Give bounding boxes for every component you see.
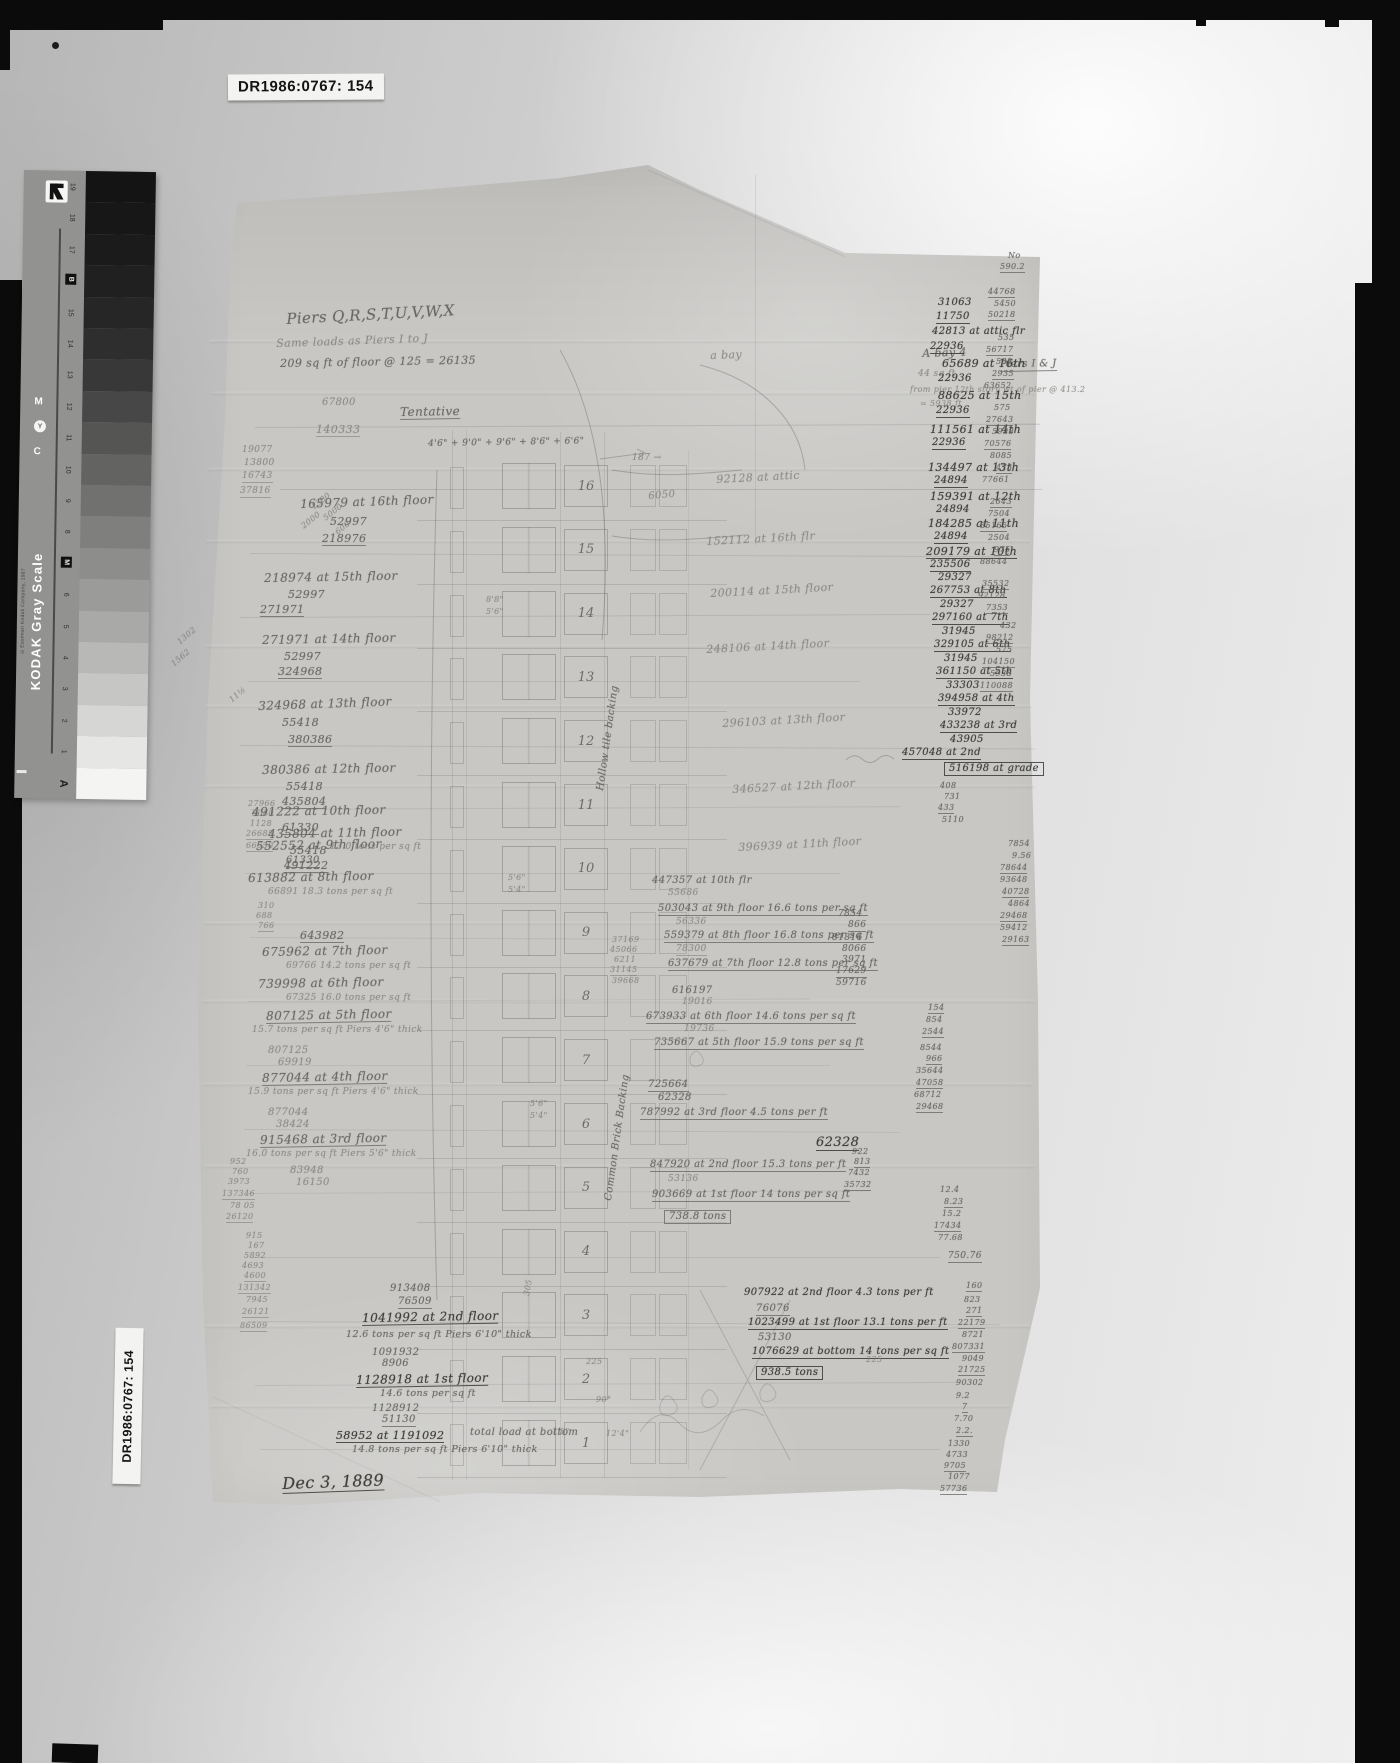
pencil-annotation: 22179 [958,1319,985,1329]
gray-patch [80,516,150,548]
pencil-annotation: 12.6 tons per sq ft Piers 6'10" thick [346,1330,532,1340]
pencil-annotation: 85165 [980,522,1007,532]
pilaster-panel [450,595,464,637]
pencil-annotation: 2544 [922,1028,944,1038]
pencil-annotation: 447357 at 10th flr [652,876,752,886]
pencil-annotation: 1077 [948,1473,970,1481]
gray-patch [77,736,147,768]
pencil-annotation: 43905 [950,735,984,745]
pencil-annotation: 38424 [276,1120,310,1130]
pilaster-panel [450,1105,464,1147]
window-opening [630,529,656,571]
floor-number-cell: 5 [564,1167,608,1209]
window-opening [502,718,556,764]
pencil-annotation: 5938 [990,670,1012,678]
floor-number-cell: 4 [564,1231,608,1273]
pencil-annotation: 13800 [244,459,275,468]
window-opening [659,529,687,571]
pencil-annotation: 807125 at 5th floor [266,1008,392,1024]
floor-number-cell: 15 [564,529,608,571]
pencil-annotation: 575 [996,646,1012,654]
pencil-annotation: 673933 at 6th floor 14.6 tons per sq ft [646,1012,856,1024]
pencil-annotation: 6211 [614,956,636,964]
pencil-annotation: 847920 at 2nd floor 15.3 tons per ft [650,1160,846,1172]
pencil-annotation: 9.2 [956,1392,970,1400]
pencil-annotation: 218974 at 15th floor [264,570,398,584]
pencil-annotation: Dec 3, 1889 [282,1472,384,1494]
pencil-annotation: 65689 at 16th [942,358,1026,369]
frame-bottom-wedge [52,1743,99,1763]
window-opening [502,1165,556,1211]
kodak-logo-icon [45,180,67,202]
pencil-annotation: 1128918 at 1st floor [356,1372,488,1388]
pencil-annotation: 310 [258,902,274,910]
pilaster-panel [450,467,464,509]
pencil-annotation: 1128912 [372,1404,419,1414]
pencil-annotation: 823 [964,1296,980,1304]
gray-scale-tick: 5 [59,615,73,637]
floor-number-cell: 16 [564,465,608,507]
pencil-annotation: 15.9 tons per sq ft Piers 4'6" thick [248,1088,419,1097]
frame-right-band-step [1355,283,1372,1763]
pencil-annotation: 53136 [668,1175,699,1184]
gray-patch [81,454,151,486]
pencil-annotation: 24894 [936,505,970,515]
pencil-annotation: 1023499 at 1st floor 13.1 tons per ft [748,1318,948,1330]
pencil-annotation: 9049 [962,1355,984,1363]
pencil-annotation: 131342 [238,1284,271,1294]
frame-top-tab [1325,18,1339,27]
pencil-annotation: 516198 at grade [944,762,1044,776]
pencil-annotation: 5'6" [486,608,504,616]
pencil-annotation: 56717 [986,346,1013,356]
pencil-annotation: 7.70 [954,1415,973,1423]
pencil-annotation: 187 → [632,454,662,463]
pencil-annotation: 877044 at 4th floor [262,1070,388,1086]
floor-number-cell: 3 [564,1294,608,1336]
pencil-annotation: 975 [994,546,1010,556]
pencil-annotation: 86509 [240,1322,267,1332]
floor-number-cell: 13 [564,656,608,698]
pencil-annotation: 915 [246,1232,262,1240]
pencil-annotation: 787992 at 3rd floor 4.5 tons per ft [640,1108,828,1120]
gray-patch [83,328,153,360]
pencil-annotation: 57736 [940,1485,967,1495]
window-opening [502,1229,556,1275]
pencil-annotation: 9.56 [1012,852,1031,860]
accession-label-top: DR1986:0767: 154 [228,73,384,100]
window-opening [630,720,656,762]
floor-number-cell: 9 [564,912,608,954]
pencil-annotation: 98212 [986,634,1013,644]
pencil-annotation: 613882 at 8th floor [248,870,374,884]
floor-number-cell: 14 [564,593,608,635]
pencil-annotation: 167 [248,1242,264,1250]
pencil-annotation: 55418 [282,717,319,728]
pilaster-panel [450,786,464,828]
pencil-annotation: 14.8 tons per sq ft Piers 6'10" thick [352,1445,538,1455]
pilaster-panel [450,1169,464,1211]
pilaster-panel [450,1233,464,1275]
pencil-annotation: 7854 [838,910,863,919]
window-opening [502,1037,556,1083]
frame-left-notch [0,16,10,70]
pencil-annotation: 5938 [992,428,1014,436]
window-opening [630,1358,656,1400]
window-opening [659,656,687,698]
floor-row: 15 [442,521,694,585]
pencil-annotation: 8066 [842,945,867,954]
floor-row: 4 [442,1223,694,1287]
pencil-annotation: 8721 [962,1331,984,1339]
pencil-annotation: 7432 [848,1169,870,1177]
pencil-annotation: 17629 [836,967,867,978]
pencil-annotation: 63652 [984,382,1011,390]
pencil-annotation: 14.6 tons per sq ft [380,1389,476,1399]
window-opening [659,1231,687,1273]
window-opening [502,654,556,700]
pencil-annotation: 766 [258,922,274,932]
pencil-annotation: 433238 at 3rd [940,721,1017,733]
pencil-annotation: 271971 [260,604,304,617]
window-opening [502,527,556,573]
gray-scale-tick: 11 [62,427,76,449]
pencil-annotation: 33972 [948,708,982,718]
pencil-annotation: 8085 [990,452,1012,460]
gray-scale-tick: 2 [57,709,71,731]
pencil-annotation: 475 [996,464,1012,474]
pencil-annotation: 324968 [278,666,322,679]
accession-label-side: DR1986:0767: 154 [112,1328,143,1485]
floor-row: 14 [442,585,694,649]
pencil-annotation: 503043 at 9th floor 16.6 tons per sq ft [658,904,868,916]
pilaster-panel [450,914,464,956]
gray-scale-tick: 18 [65,207,79,229]
gray-patch [84,297,154,329]
pencil-annotation: 7854 [1008,840,1030,848]
pencil-annotation: 17434 [934,1222,961,1232]
pencil-annotation: 4600 [244,1272,266,1282]
pencil-annotation: 5450 [994,300,1016,308]
pencil-annotation: 813 [854,1158,870,1168]
gray-patch [85,234,155,266]
pencil-annotation: 913408 [390,1284,431,1294]
pencil-annotation: 22936 [938,374,972,384]
pencil-annotation: 59716 [836,979,867,988]
window-opening [630,784,656,826]
kodak-gray-scale: KODAK Gray Scale MYC 191817B151413121110… [14,170,156,800]
pencil-annotation: 52997 [288,589,325,600]
window-opening [659,720,687,762]
pencil-annotation: 807331 [952,1343,985,1353]
gray-scale-tick: 10 [61,458,75,480]
pilaster-panel [450,658,464,700]
pencil-annotation: 69766 14.2 tons per sq ft [286,962,411,971]
window-opening [659,784,687,826]
pencil-annotation: 3973 [228,1178,250,1186]
pencil-annotation: 76076 [756,1304,790,1316]
floor-row: 6 [442,1095,694,1159]
pencil-annotation: 5'6" [508,874,526,882]
floor-row: 13 [442,648,694,712]
pencil-annotation: 585 [996,358,1012,366]
pencil-annotation: 61330 [286,856,320,868]
pencil-annotation: 76509 [398,1297,432,1309]
pencil-annotation: 616197 [672,986,713,996]
gray-patch [81,485,151,517]
frame-right-band [1372,0,1400,1763]
pencil-annotation: 78 05 [230,1202,255,1210]
pencil-annotation: 22936 [936,406,970,418]
pencil-annotation: 760 [232,1168,248,1176]
cym-marker-m: M [34,396,43,407]
pencil-annotation: 2935 [992,370,1014,380]
pilaster-panel [450,850,464,892]
pencil-annotation: 67325 16.0 tons per sq ft [286,994,411,1003]
gray-patch [78,673,148,705]
gray-patch [85,202,155,234]
pencil-annotation: 1330 [948,1440,970,1448]
floor-number-cell: 8 [564,975,608,1017]
window-opening [659,593,687,635]
window-opening [659,1294,687,1336]
window-opening [630,593,656,635]
pencil-annotation: 29468 [916,1103,943,1113]
pencil-annotation: 140333 [316,424,360,437]
pencil-annotation: 81816 [832,934,863,943]
pencil-annotation: 807125 [268,1046,309,1056]
pencil-annotation: 903669 at 1st floor 14 tons per sq ft [652,1190,850,1202]
pencil-annotation: 44768 [988,288,1015,298]
pencil-annotation: 235506 [930,560,971,572]
cym-marker-c: C [33,446,40,457]
pencil-annotation: 225 [866,1356,882,1364]
pencil-annotation: 922 [852,1148,868,1156]
pencil-annotation: 58952 at 1191092 [336,1430,444,1443]
pencil-annotation: 4693 [242,1262,264,1270]
pencil-annotation: 535 [998,334,1014,342]
pencil-annotation: 53130 [758,1333,792,1343]
pencil-annotation: 69919 [278,1058,312,1068]
floor-line [417,1477,727,1478]
gray-scale-tick: 12 [62,395,76,417]
pencil-annotation: 39668 [612,977,639,985]
pencil-annotation: 45066 [610,946,637,954]
pencil-annotation: 5'6" [530,1100,548,1108]
pencil-annotation: 52997 [330,516,367,527]
pencil-annotation: 866 [848,921,866,932]
pencil-vertical-line [755,175,756,545]
pencil-annotation: 907922 at 2nd floor 4.3 tons per ft [744,1288,934,1298]
pencil-annotation: 66891 18.3 tons per sq ft [268,888,393,897]
pencil-annotation: 40728 [1002,888,1029,898]
pencil-annotation: 35532 [982,580,1009,590]
pencil-annotation: 966 [926,1055,942,1065]
pencil-annotation: 90302 [956,1379,983,1387]
pencil-annotation: 4864 [1008,900,1030,908]
gray-patch [83,359,153,391]
pencil-annotation: 380386 [288,734,332,747]
pencil-annotation: 271971 at 14th floor [262,632,396,646]
gray-scale-copyright: ©Eastman Kodak Company, 1987 [19,568,26,654]
pencil-annotation: 52997 [284,651,321,662]
pencil-annotation: 1091932 [372,1348,419,1358]
pencil-annotation: 61330 [282,822,319,835]
pencil-annotation: 225 [586,1358,602,1366]
pencil-annotation: 35644 [916,1067,943,1075]
gray-scale-tick: 8 [60,521,74,543]
pencil-annotation: 19736 [684,1025,715,1034]
pencil-annotation: 3971 [842,956,867,965]
floor-number-cell: 10 [564,848,608,890]
accession-label-side-text: DR1986:0767: 154 [120,1349,136,1462]
pencil-annotation: 56336 [676,918,707,927]
pencil-annotation: 433 [938,804,954,814]
pencil-annotation: 491222 at 10th floor [252,804,386,818]
pencil-annotation: a bay [710,349,742,361]
pencil-annotation: 29468 [1000,912,1027,922]
pencil-annotation: 15.2 [942,1210,961,1218]
pencil-annotation: 104150 [982,658,1015,668]
pencil-annotation: 394958 at 4th [938,694,1015,706]
pencil-annotation: 1041992 at 2nd floor [362,1310,499,1326]
window-opening [630,1422,656,1464]
pencil-annotation: 5892 [244,1252,266,1260]
gray-scale-tick: A [56,772,70,794]
pencil-annotation: 22936 [932,438,966,450]
window-opening [630,1167,656,1209]
pencil-annotation: 92128 [978,592,1005,600]
pencil-annotation: 37816 [240,487,271,498]
gray-scale-tick: 15 [64,301,78,323]
pencil-annotation: 90° [596,1396,611,1404]
window-opening [630,1039,656,1081]
pencil-annotation: 218976 [322,533,366,546]
pencil-annotation: 8544 [920,1044,942,1052]
mount-hole [52,42,59,49]
pencil-annotation: 432 [1000,622,1016,630]
pencil-annotation: 16.0 tons per sq ft Piers 5'6" thick [246,1150,417,1159]
gray-scale-title: KODAK Gray Scale [28,490,46,690]
pencil-annotation: 26121 [242,1308,269,1318]
pencil-annotation: 19016 [682,998,713,1007]
gray-patch [85,171,155,203]
floor-number-cell: 7 [564,1039,608,1081]
floor-number-cell: 6 [564,1103,608,1145]
pencil-annotation: 938.5 tons [756,1366,823,1380]
pencil-annotation: 915468 at 3rd floor [260,1132,387,1148]
pencil-annotation: 2.2. [956,1427,973,1437]
pencil-annotation: 88625 at 15th [938,390,1022,401]
floor-row: 12 [442,712,694,776]
pencil-annotation: 93648 [1000,876,1027,884]
pencil-annotation: 68712 [914,1091,941,1099]
frame-top-band [0,0,1400,20]
pencil-annotation: 209 sq ft of floor @ 125 = 26135 [280,355,476,369]
pencil-annotation: 50218 [988,311,1015,321]
pencil-annotation: 9705 [944,1462,966,1472]
gray-patch [82,422,152,454]
pencil-annotation: 271 [966,1307,982,1317]
window-opening [502,973,556,1019]
pencil-annotation: 55418 [286,781,323,792]
gray-scale-tick: 13 [63,364,77,386]
pencil-annotation: 29327 [940,600,974,610]
gray-patch [79,579,149,611]
pencil-annotation: 8.23 [944,1198,963,1208]
gray-scale-tick: 4 [58,647,72,669]
pencil-annotation: 5'4" [530,1112,548,1120]
window-opening [502,910,556,956]
gray-scale-tick: 17 [65,238,79,260]
gray-scale-tick: B [65,274,76,285]
pencil-annotation: 8906 [382,1359,409,1369]
window-opening [659,1358,687,1400]
floor-row: 10 [442,840,694,904]
pencil-annotation: 739998 at 6th floor [258,976,384,990]
pencil-annotation: 67800 [322,398,356,408]
pencil-annotation: 27643 [986,416,1013,426]
pencil-annotation: 47058 [916,1079,943,1089]
pencil-annotation: 11750 [936,312,970,324]
photograph-of-archival-drawing: 16151413121110987654321 Piers Q,R,S,T,U,… [0,0,1400,1763]
floor-row: 16 [442,457,694,521]
cym-marker-y: Y [34,420,46,432]
floor-row: 11 [442,776,694,840]
pencil-annotation: 21725 [958,1366,985,1376]
window-opening [630,1231,656,1273]
pencil-annotation: 7353 [986,604,1008,614]
pencil-annotation: 590.2 [1000,263,1025,273]
pencil-annotation: 37169 [612,936,639,944]
gray-scale-tick: 1 [57,741,71,763]
pilaster-panel [450,977,464,1019]
pencil-annotation: 88644 [980,558,1007,566]
window-opening [502,463,556,509]
gray-patch [82,391,152,423]
pencil-annotation: 750.76 [948,1252,982,1263]
pencil-annotation: 31145 [610,966,637,976]
floor-row: 9 [442,904,694,968]
pencil-annotation: 675962 at 7th floor [262,944,388,958]
frame-top-tab [1196,18,1206,26]
pencil-annotation: 24894 [934,532,968,544]
pencil-annotation: 457048 at 2nd [902,748,981,760]
pencil-annotation: 8'8" [486,596,504,604]
gray-patch [84,265,154,297]
window-opening [630,1294,656,1336]
pencil-annotation: 26120 [226,1213,253,1223]
pencil-annotation: 77.68 [938,1234,963,1242]
gray-scale-rule [51,229,61,754]
pilaster-panel [450,531,464,573]
pencil-annotation: 78644 [1000,864,1027,874]
pencil-annotation: 33303 [946,681,980,691]
window-opening [502,591,556,637]
pencil-annotation: 15.7 tons per sq ft Piers 4'6" thick [252,1026,423,1035]
pilaster-panel [450,722,464,764]
pencil-annotation: 738.8 tons [664,1210,731,1224]
pencil-annotation: 643982 [300,930,344,943]
pencil-annotation: 29327 [938,573,972,583]
pencil-annotation: 19077 [242,446,273,455]
pencil-annotation: 7504 [988,510,1010,518]
pencil-annotation: 110088 [980,682,1013,692]
pencil-annotation: 62328 [658,1093,692,1103]
pencil-annotation: 4733 [946,1451,968,1459]
gray-patch [76,767,146,799]
pencil-annotation: 12.4 [940,1186,959,1194]
